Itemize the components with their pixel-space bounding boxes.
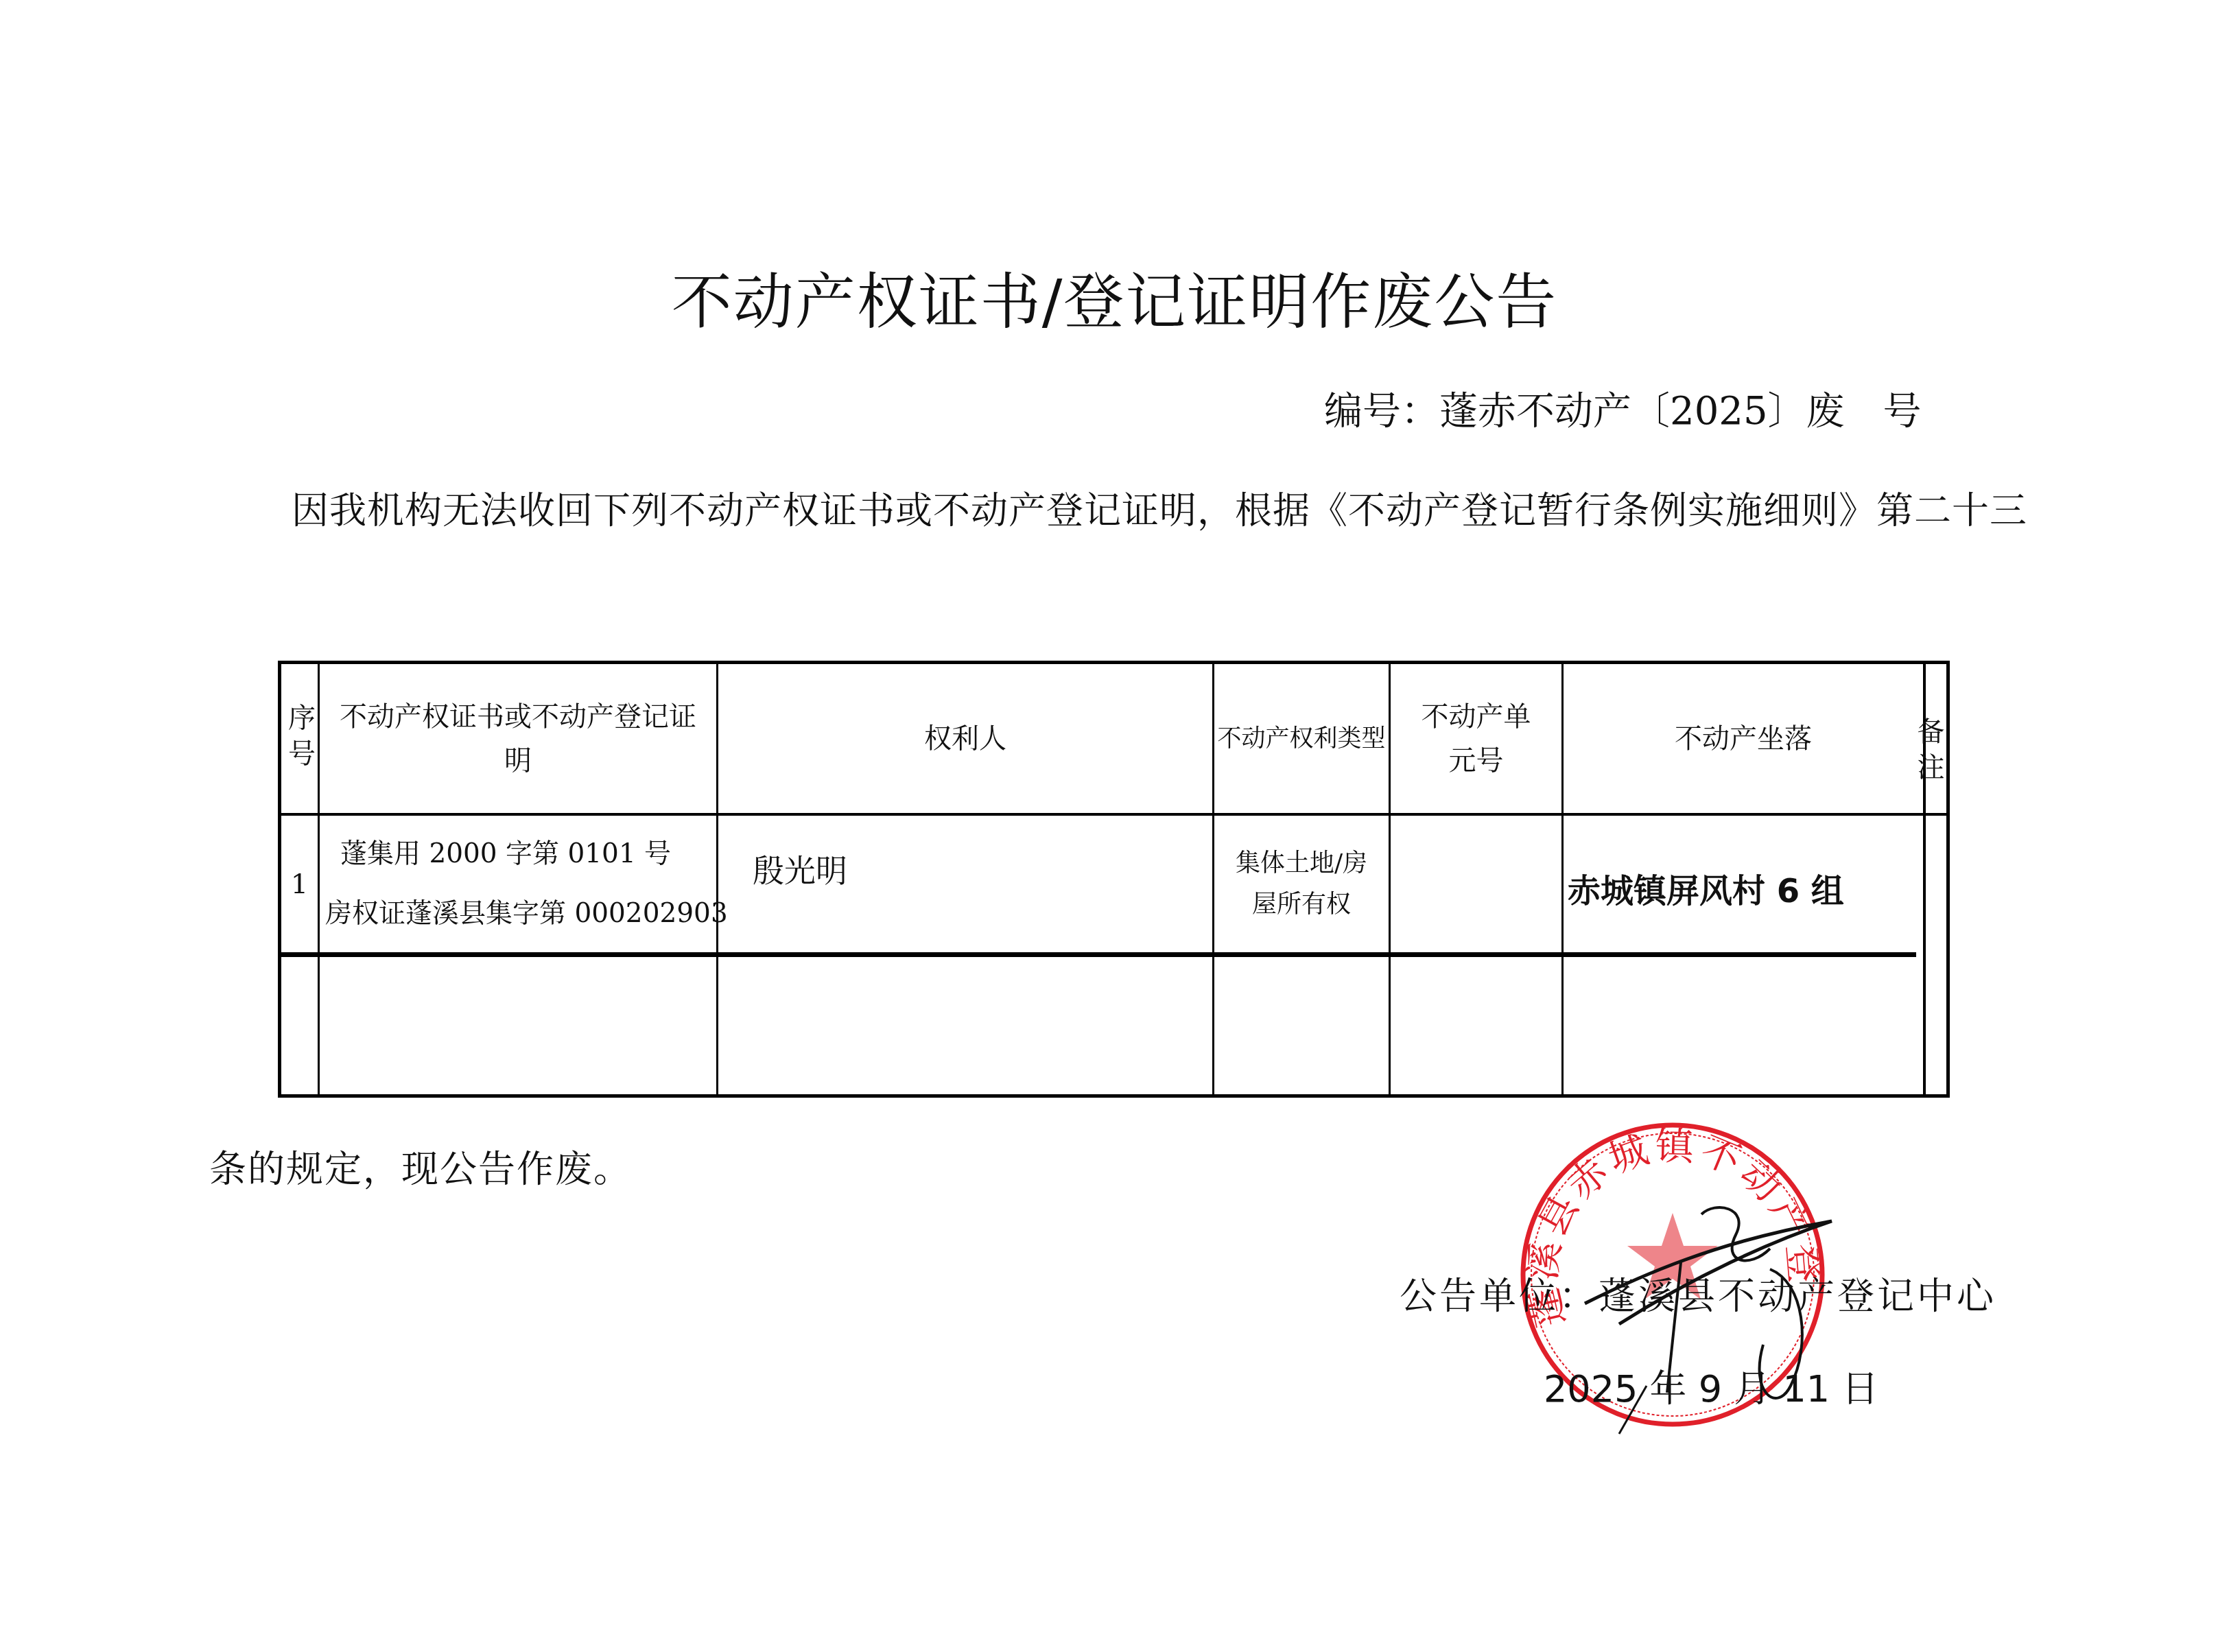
row-cert: 蓬集用 2000 字第 0101 号 房权证蓬溪县集字第 000202903 <box>320 816 716 952</box>
header-cert: 不动产权证书或不动产登记证明 <box>322 664 713 813</box>
header-location: 不动产坐落 <box>1564 664 1923 813</box>
issuer-label: 公告单位： <box>1400 1275 1599 1318</box>
row-cert <box>320 957 716 1094</box>
issuer-name: 蓬溪县不动产登记中心 <box>1599 1275 1996 1318</box>
row-holder <box>718 957 1212 1094</box>
row-seq: 1 <box>281 816 318 952</box>
row-unit-no <box>1391 957 1561 1094</box>
page-title: 不动产权证书/登记证明作废公告 <box>0 261 2229 343</box>
row-holder: 殷光明 <box>718 816 1212 925</box>
row-remark <box>1926 816 1950 952</box>
document-number-value: 蓬赤不动产〔2025〕废 号 <box>1439 389 1922 434</box>
row-location <box>1564 957 1923 1094</box>
header-holder: 权利人 <box>718 664 1212 813</box>
void-certificates-table: 序号 不动产权证书或不动产登记证明 权利人 不动产权利类型 不动产单元号 不动产… <box>278 661 1950 1098</box>
row-unit-no <box>1391 816 1561 952</box>
header-right-type: 不动产权利类型 <box>1214 664 1389 813</box>
document-number: 编号：蓬赤不动产〔2025〕废 号 <box>1324 381 1922 442</box>
intro-paragraph: 因我机构无法收回下列不动产权证书或不动产登记证明，根据《不动产登记暂行条例实施细… <box>292 480 2027 542</box>
row-cert-house: 房权证蓬溪县集字第 000202903 <box>325 892 728 936</box>
header-seq: 序号 <box>281 664 318 813</box>
row-remark <box>1926 957 1950 1094</box>
table-divider <box>281 952 1916 957</box>
header-remark: 备注 <box>1926 664 1950 813</box>
announcement-date: 2025 年 9 月 11 日 <box>1544 1362 1878 1417</box>
row-cert-land: 蓬集用 2000 字第 0101 号 <box>325 832 671 876</box>
header-unit-no: 不动产单元号 <box>1391 664 1561 813</box>
row-right-type <box>1214 957 1389 1094</box>
closing-paragraph: 条的规定，现公告作废。 <box>209 1139 632 1201</box>
document-number-label: 编号： <box>1324 389 1439 434</box>
issuer: 公告单位：蓬溪县不动产登记中心 <box>1400 1269 1996 1324</box>
row-seq <box>281 957 318 1094</box>
row-location: 赤城镇屏风村 6 组 <box>1564 816 1923 952</box>
row-right-type: 集体土地/房屋所有权 <box>1214 816 1389 952</box>
